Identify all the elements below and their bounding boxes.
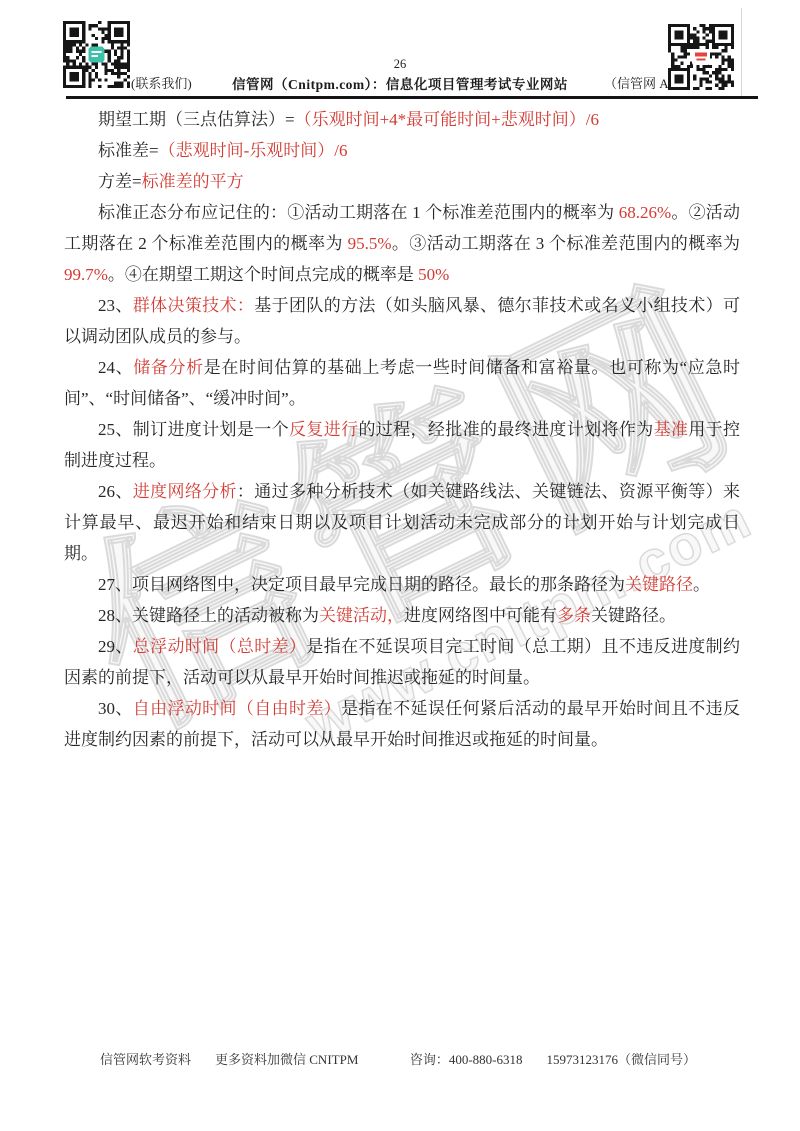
paragraph: 期望工期（三点估算法）=（乐观时间+4*最可能时间+悲观时间）/6 bbox=[64, 104, 740, 135]
text-segment: 30、 bbox=[98, 699, 133, 718]
document-body: 期望工期（三点估算法）=（乐观时间+4*最可能时间+悲观时间）/6标准差=（悲观… bbox=[64, 104, 740, 755]
paragraph: 23、群体决策技术：基于团队的方法（如头脑风暴、德尔菲技术或名义小组技术）可以调… bbox=[64, 290, 740, 352]
text-segment: 。③活动工期落在 3 个标准差范围内的概率为 bbox=[391, 234, 740, 253]
text-segment: 26、 bbox=[98, 482, 133, 501]
header-divider bbox=[66, 96, 758, 99]
text-segment: 标准差= bbox=[98, 141, 159, 160]
text-segment: 23、 bbox=[98, 296, 133, 315]
footer-brand: 信管网软考资料 bbox=[100, 1049, 191, 1068]
text-segment: 方差= bbox=[98, 172, 142, 191]
contact-qr-label: (联系我们) bbox=[131, 73, 192, 92]
footer-phone: 15973123176（微信同号） bbox=[546, 1049, 696, 1068]
text-segment: 反复进行 bbox=[289, 420, 358, 439]
paragraph: 标准正态分布应记住的：①活动工期落在 1 个标准差范围内的概率为 68.26%。… bbox=[64, 197, 740, 290]
text-segment: 自由浮动时间（自由时差） bbox=[133, 699, 341, 718]
paragraph: 28、关键路径上的活动被称为关键活动，进度网络图中可能有多条关键路径。 bbox=[64, 600, 740, 631]
paragraph: 30、自由浮动时间（自由时差）是指在不延误任何紧后活动的最早开始时间且不违反进度… bbox=[64, 693, 740, 755]
text-segment: 29、 bbox=[98, 637, 133, 656]
paragraph: 26、进度网络分析：通过多种分析技术（如关键路线法、关键链法、资源平衡等）来计算… bbox=[64, 476, 740, 569]
text-segment: 多条 bbox=[557, 606, 591, 625]
text-segment: 群体决策技术： bbox=[133, 296, 255, 315]
text-segment: （乐观时间+4*最可能时间+悲观时间）/6 bbox=[295, 110, 599, 129]
text-segment: 标准差的平方 bbox=[142, 172, 244, 191]
text-segment: 期望工期（三点估算法）= bbox=[98, 110, 295, 129]
text-segment: 关键活动， bbox=[319, 606, 404, 625]
app-qr-code bbox=[668, 22, 734, 92]
text-segment: 。④在期望工期这个时间点完成的概率是 bbox=[108, 265, 418, 284]
text-segment: 27、项目网络图中，决定项目最早完成日期的路径。最长的那条路径为 bbox=[98, 575, 625, 594]
paragraph: 标准差=（悲观时间-乐观时间）/6 bbox=[64, 135, 740, 166]
text-segment: 50% bbox=[418, 265, 449, 284]
text-segment: 68.26% bbox=[619, 203, 671, 222]
text-segment: 储备分析 bbox=[133, 358, 204, 377]
page-footer: 信管网软考资料 更多资料加微信 CNITPM 咨询：400-880-6318 1… bbox=[100, 1049, 696, 1068]
footer-hotline: 咨询：400-880-6318 bbox=[410, 1049, 523, 1068]
footer-right-group: 咨询：400-880-6318 15973123176（微信同号） bbox=[410, 1049, 696, 1068]
text-segment: 关键路径 bbox=[625, 575, 693, 594]
text-segment: 25、制订进度计划是一个 bbox=[98, 420, 289, 439]
text-segment: 99.7% bbox=[64, 265, 108, 284]
text-segment: 总浮动时间（总时差） bbox=[133, 637, 307, 656]
text-segment: 基准 bbox=[654, 420, 689, 439]
text-segment: 进度网络图中可能有 bbox=[404, 606, 557, 625]
footer-left-group: 信管网软考资料 更多资料加微信 CNITPM bbox=[100, 1049, 358, 1068]
text-segment: 95.5% bbox=[348, 234, 392, 253]
contact-qr-code bbox=[63, 21, 130, 88]
footer-wechat: 更多资料加微信 CNITPM bbox=[215, 1049, 358, 1068]
paragraph: 方差=标准差的平方 bbox=[64, 166, 740, 197]
paragraph: 24、储备分析是在时间估算的基础上考虑一些时间储备和富裕量。也可称为“应急时间”… bbox=[64, 352, 740, 414]
text-segment: 24、 bbox=[98, 358, 133, 377]
text-segment: 。 bbox=[693, 575, 710, 594]
text-segment: 的过程，经批准的最终进度计划将作为 bbox=[358, 420, 653, 439]
text-segment: 关键路径。 bbox=[591, 606, 676, 625]
paragraph: 27、项目网络图中，决定项目最早完成日期的路径。最长的那条路径为关键路径。 bbox=[64, 569, 740, 600]
document-page: (联系我们) 26 信管网（Cnitpm.com）：信息化项目管理考试专业网站 … bbox=[0, 0, 800, 1131]
text-segment: （悲观时间-乐观时间）/6 bbox=[159, 141, 348, 160]
text-segment: 标准正态分布应记住的：①活动工期落在 1 个标准差范围内的概率为 bbox=[98, 203, 619, 222]
paragraph: 25、制订进度计划是一个反复进行的过程，经批准的最终进度计划将作为基准用于控制进… bbox=[64, 414, 740, 476]
scan-edge-line bbox=[741, 8, 742, 96]
text-segment: 进度网络分析 bbox=[133, 482, 237, 501]
text-segment: 28、关键路径上的活动被称为 bbox=[98, 606, 319, 625]
paragraph: 29、总浮动时间（总时差）是指在不延误项目完工时间（总工期）且不违反进度制约因素… bbox=[64, 631, 740, 693]
